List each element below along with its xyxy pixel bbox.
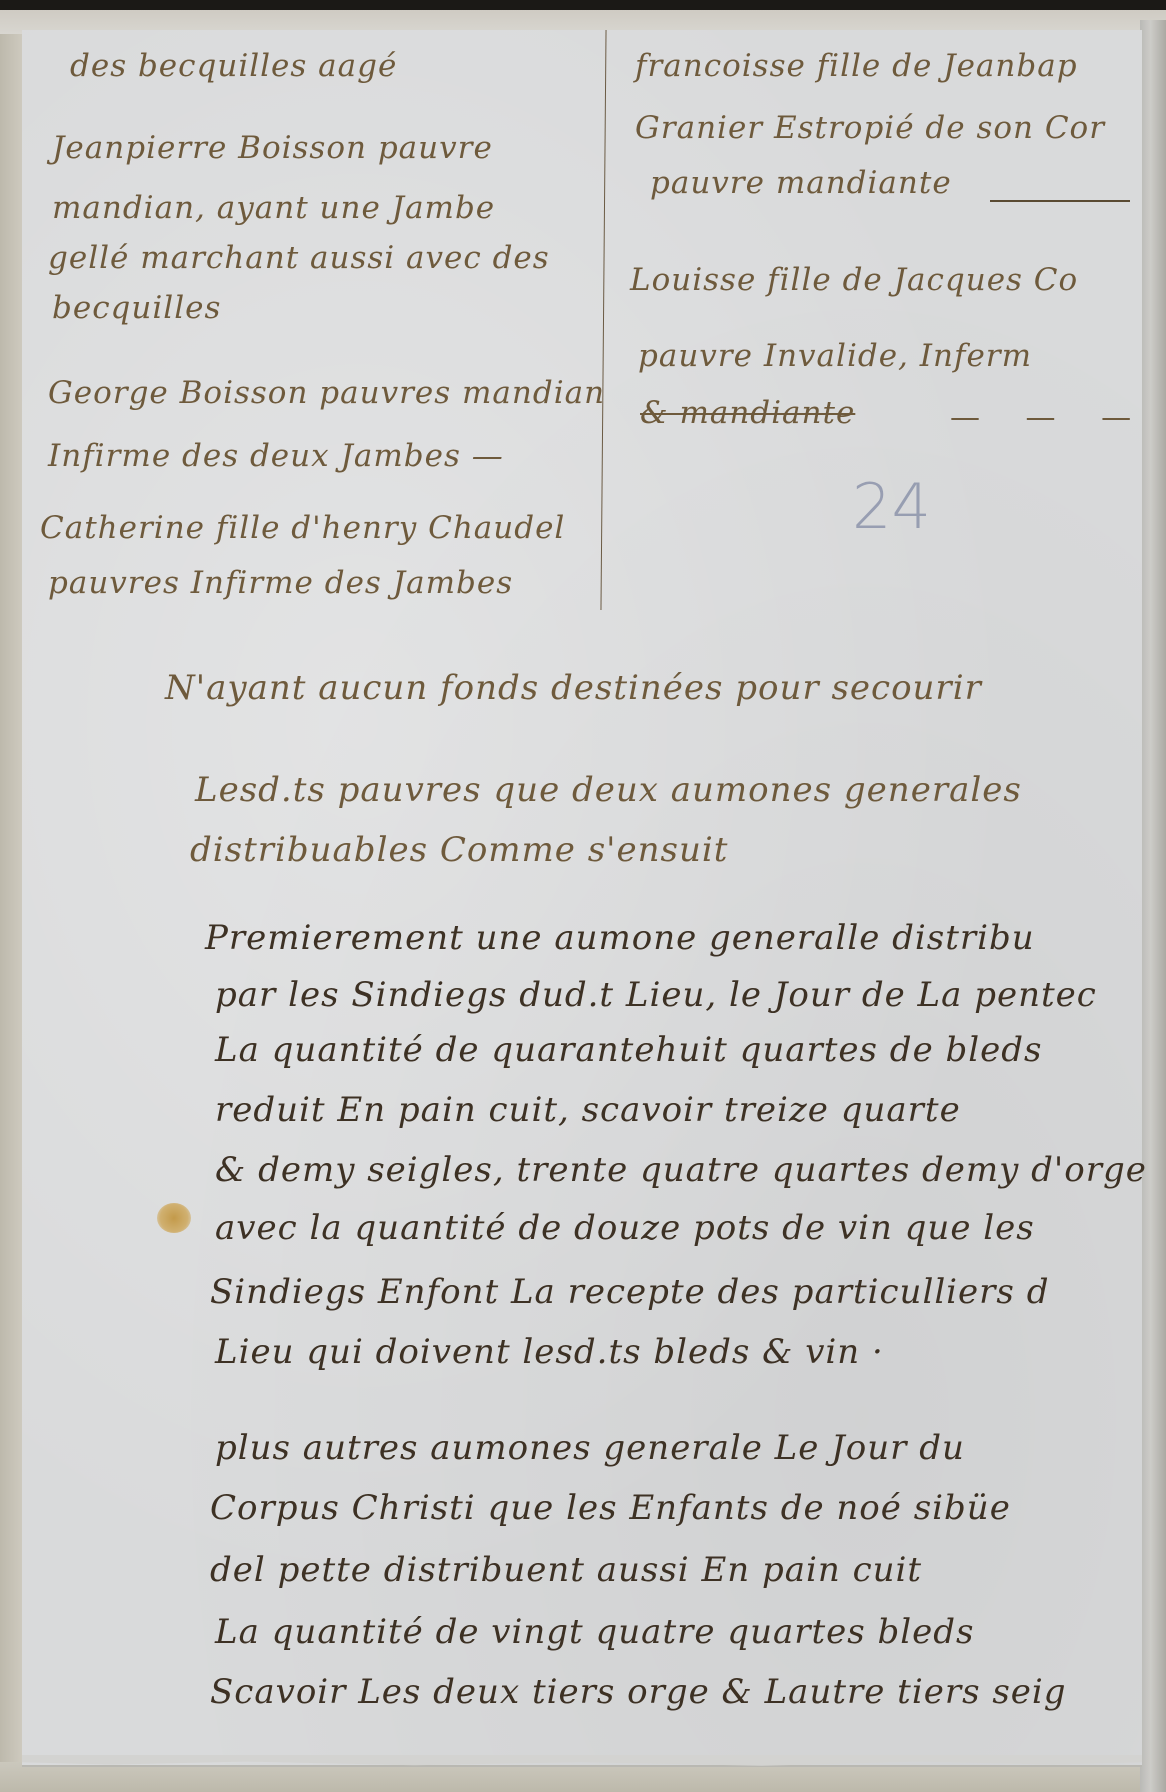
- body1-line-8: Lieu qui doivent lesd.ts bleds & vin ·: [215, 1332, 884, 1372]
- left-line-9: pauvres Infirme des Jambes: [48, 565, 513, 601]
- body1-line-7: Sindiegs Enfont La recepte des particull…: [210, 1272, 1049, 1312]
- body2-line-4: La quantité de vingt quatre quartes bled…: [215, 1612, 975, 1652]
- left-line-1: des becquilles aagé: [70, 48, 397, 84]
- left-line-8: Catherine fille d'henry Chaudel: [40, 510, 565, 546]
- right-line-4: Louisse fille de Jacques Co: [630, 262, 1078, 298]
- right-line-1: francoisse fille de Jeanbap: [635, 48, 1078, 84]
- strike-rule: [990, 200, 1130, 202]
- body2-line-2: Corpus Christi que les Enfants de noé si…: [210, 1488, 1011, 1528]
- heading-line-1: N'ayant aucun fonds destinées pour secou…: [165, 668, 982, 708]
- right-line-2: Granier Estropié de son Cor: [635, 110, 1105, 146]
- manuscript-scan: des becquilles aagé Jeanpierre Boisson p…: [0, 0, 1166, 1792]
- heading-line-3: distribuables Comme s'ensuit: [190, 830, 728, 870]
- left-line-5: becquilles: [52, 290, 221, 326]
- right-line-6-struck: & mandiante: [640, 395, 855, 431]
- left-line-6: George Boisson pauvres mandian: [48, 375, 605, 411]
- body2-line-3: del pette distribuent aussi En pain cuit: [210, 1550, 922, 1590]
- dash-fill: — — —: [950, 400, 1149, 435]
- body1-line-4: reduit En pain cuit, scavoir treize quar…: [215, 1090, 961, 1130]
- body1-line-3: La quantité de quarantehuit quartes de b…: [215, 1030, 1042, 1070]
- right-line-5: pauvre Invalide, Inferm: [638, 338, 1032, 374]
- pencil-folio-number: 24: [852, 470, 931, 543]
- left-line-7: Infirme des deux Jambes —: [48, 438, 504, 474]
- left-line-3: mandian, ayant une Jambe: [52, 190, 495, 226]
- ink-stain: [157, 1203, 191, 1233]
- body1-line-1: Premierement une aumone generalle distri…: [205, 918, 1035, 958]
- body2-line-1: plus autres aumones generale Le Jour du: [215, 1428, 965, 1468]
- body1-line-5: & demy seigles, trente quatre quartes de…: [215, 1150, 1147, 1190]
- body1-line-6: avec la quantité de douze pots de vin qu…: [215, 1208, 1035, 1248]
- left-line-2: Jeanpierre Boisson pauvre: [52, 130, 493, 166]
- body2-line-5: Scavoir Les deux tiers orge & Lautre tie…: [210, 1672, 1067, 1712]
- binding-edge: [1140, 20, 1166, 1792]
- right-line-3: pauvre mandiante: [650, 165, 952, 201]
- left-line-4: gellé marchant aussi avec des: [48, 240, 550, 276]
- heading-line-2: Lesd.ts pauvres que deux aumones general…: [195, 770, 1022, 810]
- body1-line-2: par les Sindiegs dud.t Lieu, le Jour de …: [215, 975, 1097, 1015]
